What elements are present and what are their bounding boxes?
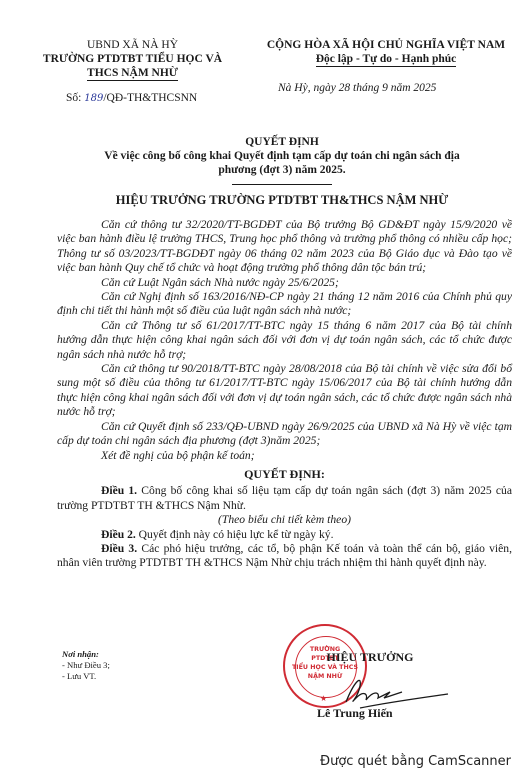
doc-number-prefix: Số: xyxy=(66,92,84,104)
agency-line-3: THCS NẬM NHỪ xyxy=(87,66,178,81)
document-subject-line-2: phương (đợt 3) năm 2025. xyxy=(62,163,502,177)
article-label: Điều 1. xyxy=(101,484,137,497)
article-label: Điều 2. xyxy=(101,528,136,541)
document-title-block: QUYẾT ĐỊNH Về việc công bố công khai Quy… xyxy=(62,135,502,207)
signature-title: HIỆU TRƯỞNG xyxy=(300,650,440,665)
attachment-note: (Theo biểu chi tiết kèm theo) xyxy=(57,513,512,527)
decision-heading: QUYẾT ĐỊNH: xyxy=(57,467,512,481)
recipients-block: Nơi nhận: - Như Điều 3; - Lưu VT. xyxy=(62,649,110,682)
date-line: Nà Hỳ, ngày 28 tháng 9 năm 2025 xyxy=(278,82,518,94)
preamble-clause: Căn cứ thông tư 90/2018/TT-BTC ngày 28/0… xyxy=(57,362,512,420)
recipients-heading: Nơi nhận: xyxy=(62,649,110,660)
national-motto: Độc lập - Tự do - Hạnh phúc xyxy=(316,52,457,67)
document-number: Số: 189/QĐ-TH&THCSNN xyxy=(66,92,197,104)
national-name: CỘNG HÒA XÃ HỘI CHỦ NGHĨA VIỆT NAM xyxy=(246,38,525,52)
preamble-clause: Căn cứ Nghị định số 163/2016/NĐ-CP ngày … xyxy=(57,290,512,319)
doc-number-handwritten: 189 xyxy=(84,93,103,104)
recipient-item: - Như Điều 3; xyxy=(62,660,110,671)
agency-line-1: UBND XÃ NÀ HỲ xyxy=(40,38,225,52)
article-label: Điều 3. xyxy=(101,542,137,555)
agency-line-2: TRƯỜNG PTDTBT TIỂU HỌC VÀ xyxy=(40,52,225,66)
article-1: Điều 1. Công bố công khai số liệu tạm cấ… xyxy=(57,484,512,513)
document-body: Căn cứ thông tư 32/2020/TT-BGDĐT của Bộ … xyxy=(57,218,512,571)
article-2: Điều 2. Quyết định này có hiệu lực kể từ… xyxy=(57,528,512,542)
preamble-clause: Căn cứ Luật Ngân sách Nhà nước ngày 25/6… xyxy=(57,276,512,290)
document-type: QUYẾT ĐỊNH xyxy=(62,135,502,149)
doc-number-suffix: /QĐ-TH&THCSNN xyxy=(103,92,197,104)
preamble-clause: Căn cứ thông tư 32/2020/TT-BGDĐT của Bộ … xyxy=(57,218,512,276)
scanned-document-page: UBND XÃ NÀ HỲ TRƯỜNG PTDTBT TIỂU HỌC VÀ … xyxy=(0,0,525,775)
preamble-clause: Xét đề nghị của bộ phận kế toán; xyxy=(57,449,512,463)
national-header: CỘNG HÒA XÃ HỘI CHỦ NGHĨA VIỆT NAM Độc l… xyxy=(246,38,525,67)
document-subject-line-1: Về việc công bố công khai Quyết định tạm… xyxy=(62,149,502,163)
title-separator xyxy=(232,184,332,185)
star-icon: ★ xyxy=(320,694,327,703)
article-text: Quyết định này có hiệu lực kể từ ngày ký… xyxy=(136,528,334,541)
signer-name: Lê Trung Hiến xyxy=(317,706,393,721)
issuing-authority: HIỆU TRƯỞNG TRƯỜNG PTDTBT TH&THCS NẬM NH… xyxy=(62,193,502,207)
preamble-clause: Căn cứ Quyết định số 233/QĐ-UBND ngày 26… xyxy=(57,420,512,449)
recipient-item: - Lưu VT. xyxy=(62,671,110,682)
issuing-agency-header: UBND XÃ NÀ HỲ TRƯỜNG PTDTBT TIỂU HỌC VÀ … xyxy=(40,38,225,81)
camscanner-watermark: Được quét bằng CamScanner xyxy=(320,754,511,769)
preamble-clause: Căn cứ Thông tư số 61/2017/TT-BTC ngày 1… xyxy=(57,319,512,362)
article-3: Điều 3. Các phó hiệu trưởng, các tổ, bộ … xyxy=(57,542,512,571)
